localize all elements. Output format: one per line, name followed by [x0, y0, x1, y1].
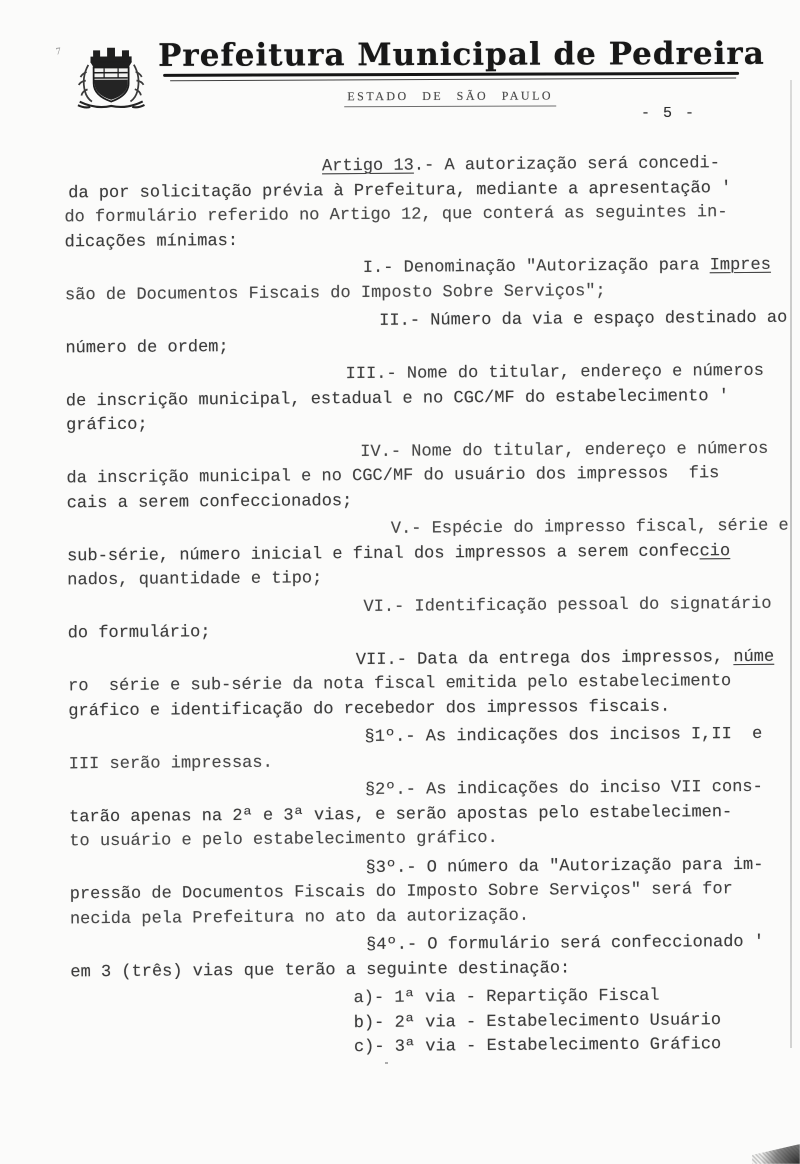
text-segment: VII.- Data da entrega dos impressos,	[356, 648, 734, 670]
text-segment: sub-série, número inicial e final dos im…	[67, 542, 700, 566]
text-line: em 3 (três) vias que terão a seguinte de…	[70, 955, 770, 985]
text-segment: a)- 1ª via - Repartição Fiscal	[353, 987, 659, 1008]
title-rule-thin	[170, 77, 736, 81]
text-segment: de inscrição municipal, estadual e no CG…	[66, 387, 729, 411]
text-segment: III serão impressas.	[69, 753, 273, 774]
scan-artifact-corner-smudge	[752, 1144, 800, 1164]
text-segment: VI.- Identificação pessoal do signatário	[363, 594, 771, 616]
text-segment: ro série e sub-série da nota fiscal emit…	[68, 672, 731, 696]
text-segment: §3º.- O número da "Autorização para im-	[365, 855, 763, 877]
text-segment: tarão apenas na 2ª e 3ª vias, e serão ap…	[69, 803, 732, 827]
text-segment: V.- Espécie do impresso fiscal, série e	[391, 517, 789, 539]
text-segment: c)- 3ª via - Estabelecimento Gráfico	[354, 1035, 721, 1057]
text-segment: número de ordem;	[65, 338, 228, 358]
text-segment: pressão de Documentos Fiscais do Imposto…	[70, 880, 733, 904]
page-title: Prefeitura Municipal de Pedreira	[158, 36, 742, 74]
text-segment: III.- Nome do titular, endereço e número…	[346, 362, 764, 384]
text-segment: da por solicitação prévia à Prefeitura, …	[68, 179, 731, 203]
text-segment: to usuário e pelo estabelecimento gráfic…	[69, 829, 498, 851]
text-line: to usuário e pelo estabelecimento gráfic…	[69, 825, 769, 855]
text-segment: gráfico;	[66, 416, 148, 436]
text-segment: dicações mínimas:	[65, 231, 239, 251]
text-segment: §1º.- As indicações dos incisos I,II e	[364, 725, 762, 747]
text-segment: .- A autorização será concedi-	[414, 154, 720, 175]
text-segment: II.- Número da via e espaço destinado ao	[379, 309, 787, 331]
text-segment: b)- 2ª via - Estabelecimento Usuário	[354, 1011, 721, 1033]
text-segment: da inscrição municipal e no CGC/MF do us…	[66, 464, 719, 488]
text-line: nados, quantidade e tipo;	[67, 564, 767, 594]
state-subtitle: ESTADO DE SÃO PAULO	[344, 89, 556, 108]
text-segment: §4º.- O formulário será confeccionado '	[366, 933, 764, 955]
underlined-text: Impres	[710, 256, 771, 275]
text-line: necida pela Prefeitura no ato da autoriz…	[70, 902, 770, 932]
text-segment: do formulário;	[68, 623, 211, 643]
text-segment: IV.- Nome do titular, endereço e números	[360, 439, 768, 461]
text-segment: nados, quantidade e tipo;	[67, 569, 322, 590]
title-rule	[163, 72, 739, 77]
text-segment: do formulário referido no Artigo 12, que…	[64, 203, 727, 227]
scan-artifact-speck	[385, 1062, 388, 1064]
coat-of-arms-icon	[66, 42, 156, 112]
underlined-text: cio	[699, 542, 730, 561]
text-segment: necida pela Prefeitura no ato da autoriz…	[70, 906, 529, 929]
text-segment: em 3 (três) vias que terão a seguinte de…	[70, 959, 570, 982]
document-body: Artigo 13.- A autorização será concedi-d…	[64, 152, 771, 1063]
underlined-text: núme	[733, 647, 774, 666]
text-line: III serão impressas.	[69, 747, 769, 777]
scan-artifact-vertical-line	[790, 80, 792, 1048]
scan-stray-mark: 7	[55, 46, 62, 58]
text-segment: §2º.- As indicações do inciso VII cons-	[365, 778, 763, 800]
text-segment: são de Documentos Fiscais do Imposto Sob…	[65, 282, 606, 305]
scanned-document-page: 7	[0, 0, 800, 1164]
text-segment: gráfico e identificação do recebedor dos…	[68, 697, 670, 721]
page-number: - 5 -	[641, 105, 696, 122]
text-segment: cais a serem confeccionados;	[67, 492, 353, 513]
text-line: são de Documentos Fiscais do Imposto Sob…	[65, 278, 765, 308]
text-line: número de ordem;	[65, 331, 765, 361]
underlined-text: Artigo 13	[322, 157, 414, 177]
text-line: c)- 3ª via - Estabelecimento Gráfico	[71, 1033, 771, 1063]
text-segment: I.- Denominação "Autorização para	[363, 256, 710, 278]
